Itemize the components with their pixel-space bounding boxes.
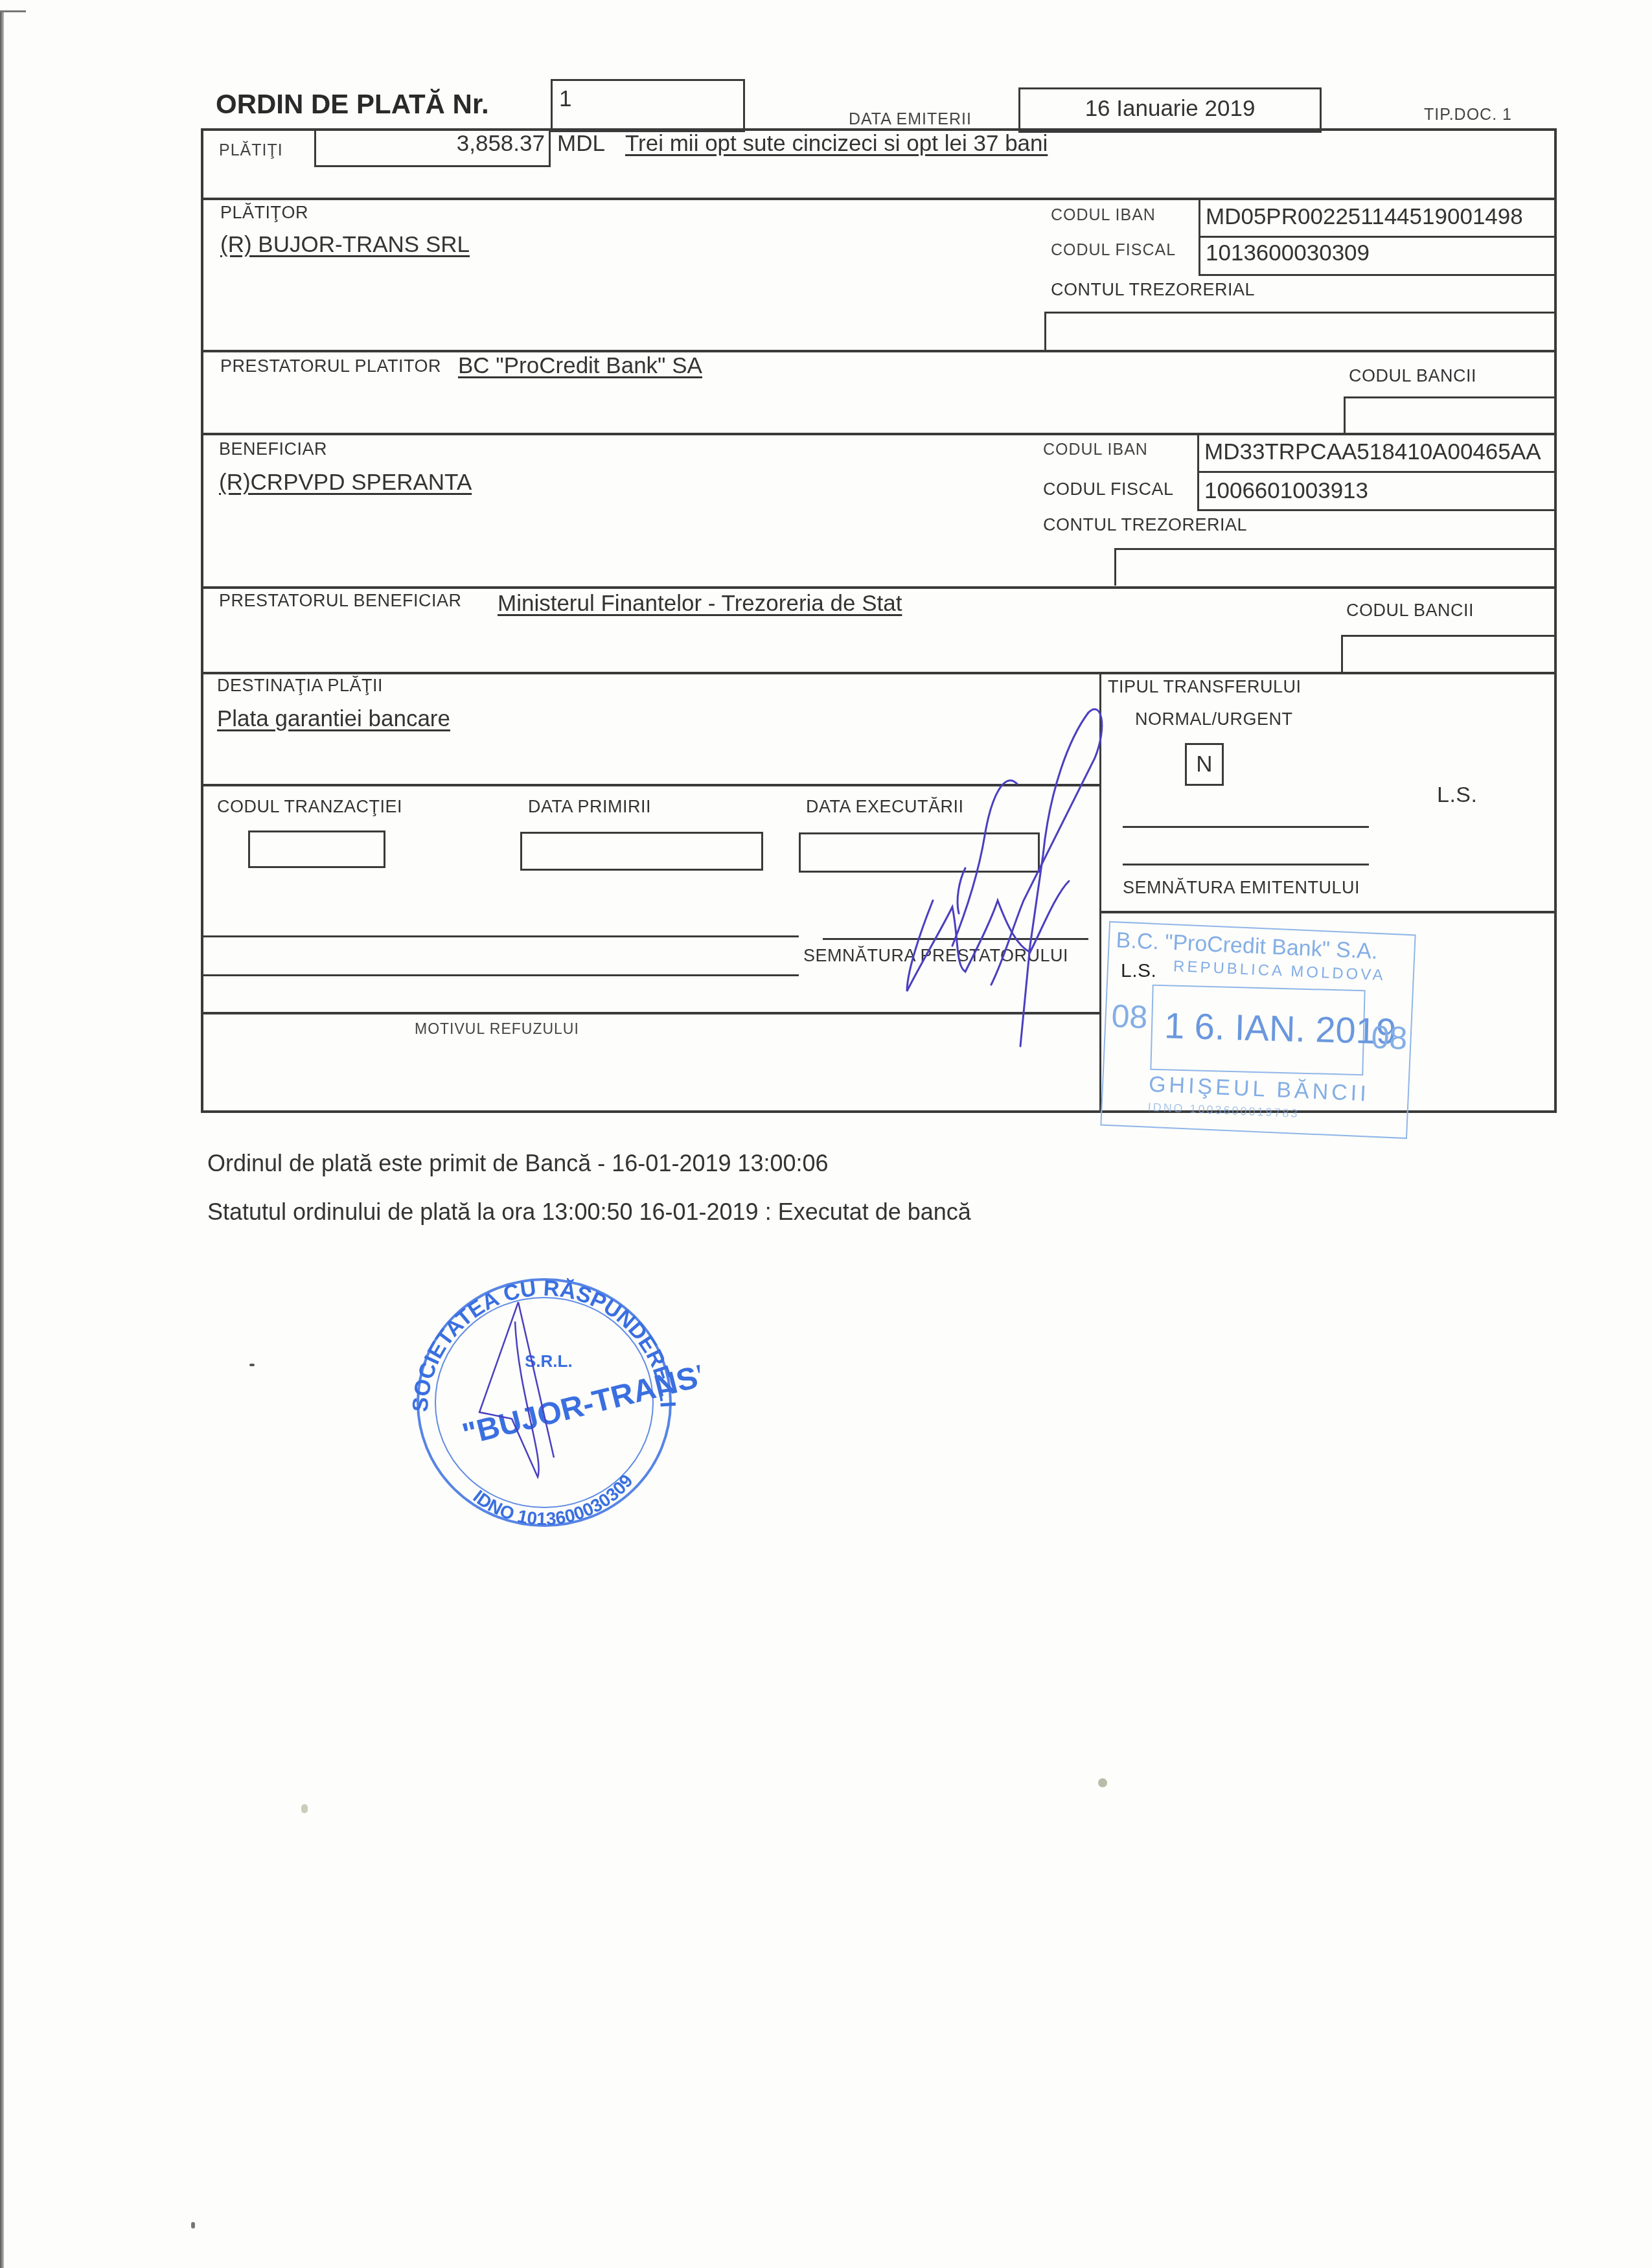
provider-line	[203, 935, 799, 937]
beneficiary-provider-label: PRESTATORUL BENEFICIAR	[219, 591, 462, 611]
bank-stamp-inner: 1 6. IAN. 2019	[1150, 985, 1365, 1076]
transfer-options-label: NORMAL/URGENT	[1135, 709, 1293, 729]
amount-currency: MDL	[557, 131, 605, 157]
doc-type: TIP.DOC. 1	[1424, 106, 1512, 124]
beneficiary-treasury-field[interactable]	[1114, 548, 1557, 586]
beneficiary-fiscal-code: 1006601003913	[1204, 478, 1368, 504]
bank-stamp-right-code: 08	[1370, 1018, 1408, 1057]
issuer-ls: L.S.	[1437, 783, 1477, 808]
payer-fiscal-field: 1013600030309	[1199, 236, 1557, 276]
divider	[201, 350, 1557, 352]
purpose-label: DESTINAŢIA PLĂŢII	[217, 676, 383, 696]
payer-iban-label: CODUL IBAN	[1051, 206, 1156, 225]
bank-stamp-left-code: 08	[1110, 997, 1148, 1036]
speck	[1098, 1778, 1107, 1787]
provider-line	[203, 974, 799, 976]
issue-date-field: 16 Ianuarie 2019	[1018, 87, 1322, 133]
amount-value: 3,858.37	[457, 131, 545, 157]
beneficiary-bank-code-label: CODUL BANCII	[1346, 601, 1474, 621]
divider	[201, 586, 1557, 589]
beneficiary-treasury-label: CONTUL TREZORERIAL	[1043, 515, 1247, 535]
beneficiary-iban-field: MD33TRPCAA518410A00465AA	[1197, 433, 1557, 473]
beneficiary-label: BENEFICIAR	[219, 439, 327, 459]
beneficiary-fiscal-label: CODUL FISCAL	[1043, 479, 1174, 499]
bank-stamp-idno: IDNO 1003600019783	[1147, 1101, 1300, 1121]
beneficiary-bank-code-field[interactable]	[1341, 635, 1557, 672]
received-status-line: Ordinul de plată este primit de Bancă - …	[207, 1150, 829, 1177]
refusal-reason-label: MOTIVUL REFUZULUI	[415, 1020, 579, 1038]
provider-signature	[894, 687, 1114, 1049]
bank-stamp-name: B.C. "ProCredit Bank" S.A.	[1116, 928, 1378, 965]
payer-label: PLĂTIŢOR	[220, 203, 308, 223]
transfer-type-field[interactable]: N	[1185, 743, 1224, 786]
beneficiary-iban-label: CODUL IBAN	[1043, 441, 1148, 459]
payer-provider-label: PRESTATORUL PLATITOR	[220, 356, 441, 376]
amount-in-words: Trei mii opt sute cincizeci si opt lei 3…	[625, 131, 1048, 157]
execution-status-line: Statutul ordinului de plată la ora 13:00…	[207, 1198, 971, 1226]
transfer-type-label: TIPUL TRANSFERULUI	[1108, 677, 1302, 697]
received-date-field[interactable]	[520, 832, 763, 871]
beneficiary-iban: MD33TRPCAA518410A00465AA	[1204, 439, 1541, 465]
divider	[201, 672, 1557, 674]
payer-treasury-label: CONTUL TREZORERIAL	[1051, 280, 1255, 300]
bank-stamp: B.C. "ProCredit Bank" S.A. REPUBLICA MOL…	[1100, 921, 1416, 1139]
beneficiary-name: (R)CRPVPD SPERANTA	[219, 470, 472, 496]
payer-bank-code-label: CODUL BANCII	[1349, 366, 1476, 386]
divider	[1099, 911, 1557, 913]
payer-iban: MD05PR002251144519001498	[1206, 204, 1523, 230]
payer-fiscal-label: CODUL FISCAL	[1051, 241, 1176, 260]
amount-field: 3,858.37	[314, 128, 551, 167]
document-title: ORDIN DE PLATĂ Nr.	[216, 89, 489, 120]
bank-stamp-date: 1 6. IAN. 2019	[1164, 1004, 1397, 1052]
payer-bank-code-field[interactable]	[1344, 396, 1557, 434]
order-number-field: 1	[551, 79, 745, 132]
payer-treasury-field[interactable]	[1044, 312, 1557, 350]
issuer-signature-line	[1123, 864, 1369, 865]
beneficiary-fiscal-field: 1006601003913	[1197, 471, 1557, 511]
speck	[301, 1804, 308, 1813]
scan-edge	[0, 12, 4, 2268]
speck	[191, 2222, 195, 2228]
company-seal: SOCIETATEA CU RĂSPUNDERE LIMITATĂ S.R.L.…	[389, 1263, 700, 1535]
beneficiary-provider-name: Ministerul Finantelor - Trezoreria de St…	[498, 591, 902, 617]
seal-idno: IDNO 1013600030309	[470, 1471, 637, 1529]
received-date-label: DATA PRIMIRII	[528, 797, 651, 817]
payer-fiscal-code: 1013600030309	[1206, 240, 1370, 266]
transfer-type-value: N	[1187, 751, 1222, 777]
speck	[249, 1364, 255, 1366]
purpose-value: Plata garantiei bancare	[217, 706, 450, 732]
issue-date: 16 Ianuarie 2019	[1020, 96, 1320, 122]
payer-iban-field: MD05PR002251144519001498	[1199, 198, 1557, 238]
issuer-signature-line	[1123, 826, 1369, 828]
amount-label: PLĂTIŢI	[219, 141, 283, 160]
payer-name: (R) BUJOR-TRANS SRL	[220, 232, 470, 258]
issuer-signature-label: SEMNĂTURA EMITENTULUI	[1123, 878, 1360, 898]
scan-edge-top	[0, 10, 26, 12]
order-number: 1	[559, 86, 571, 112]
issue-date-label: DATA EMITERII	[849, 110, 972, 129]
transaction-code-label: CODUL TRANZACŢIEI	[217, 797, 402, 817]
payer-provider-name: BC "ProCredit Bank" SA	[458, 353, 702, 379]
transaction-code-field[interactable]	[248, 830, 385, 868]
